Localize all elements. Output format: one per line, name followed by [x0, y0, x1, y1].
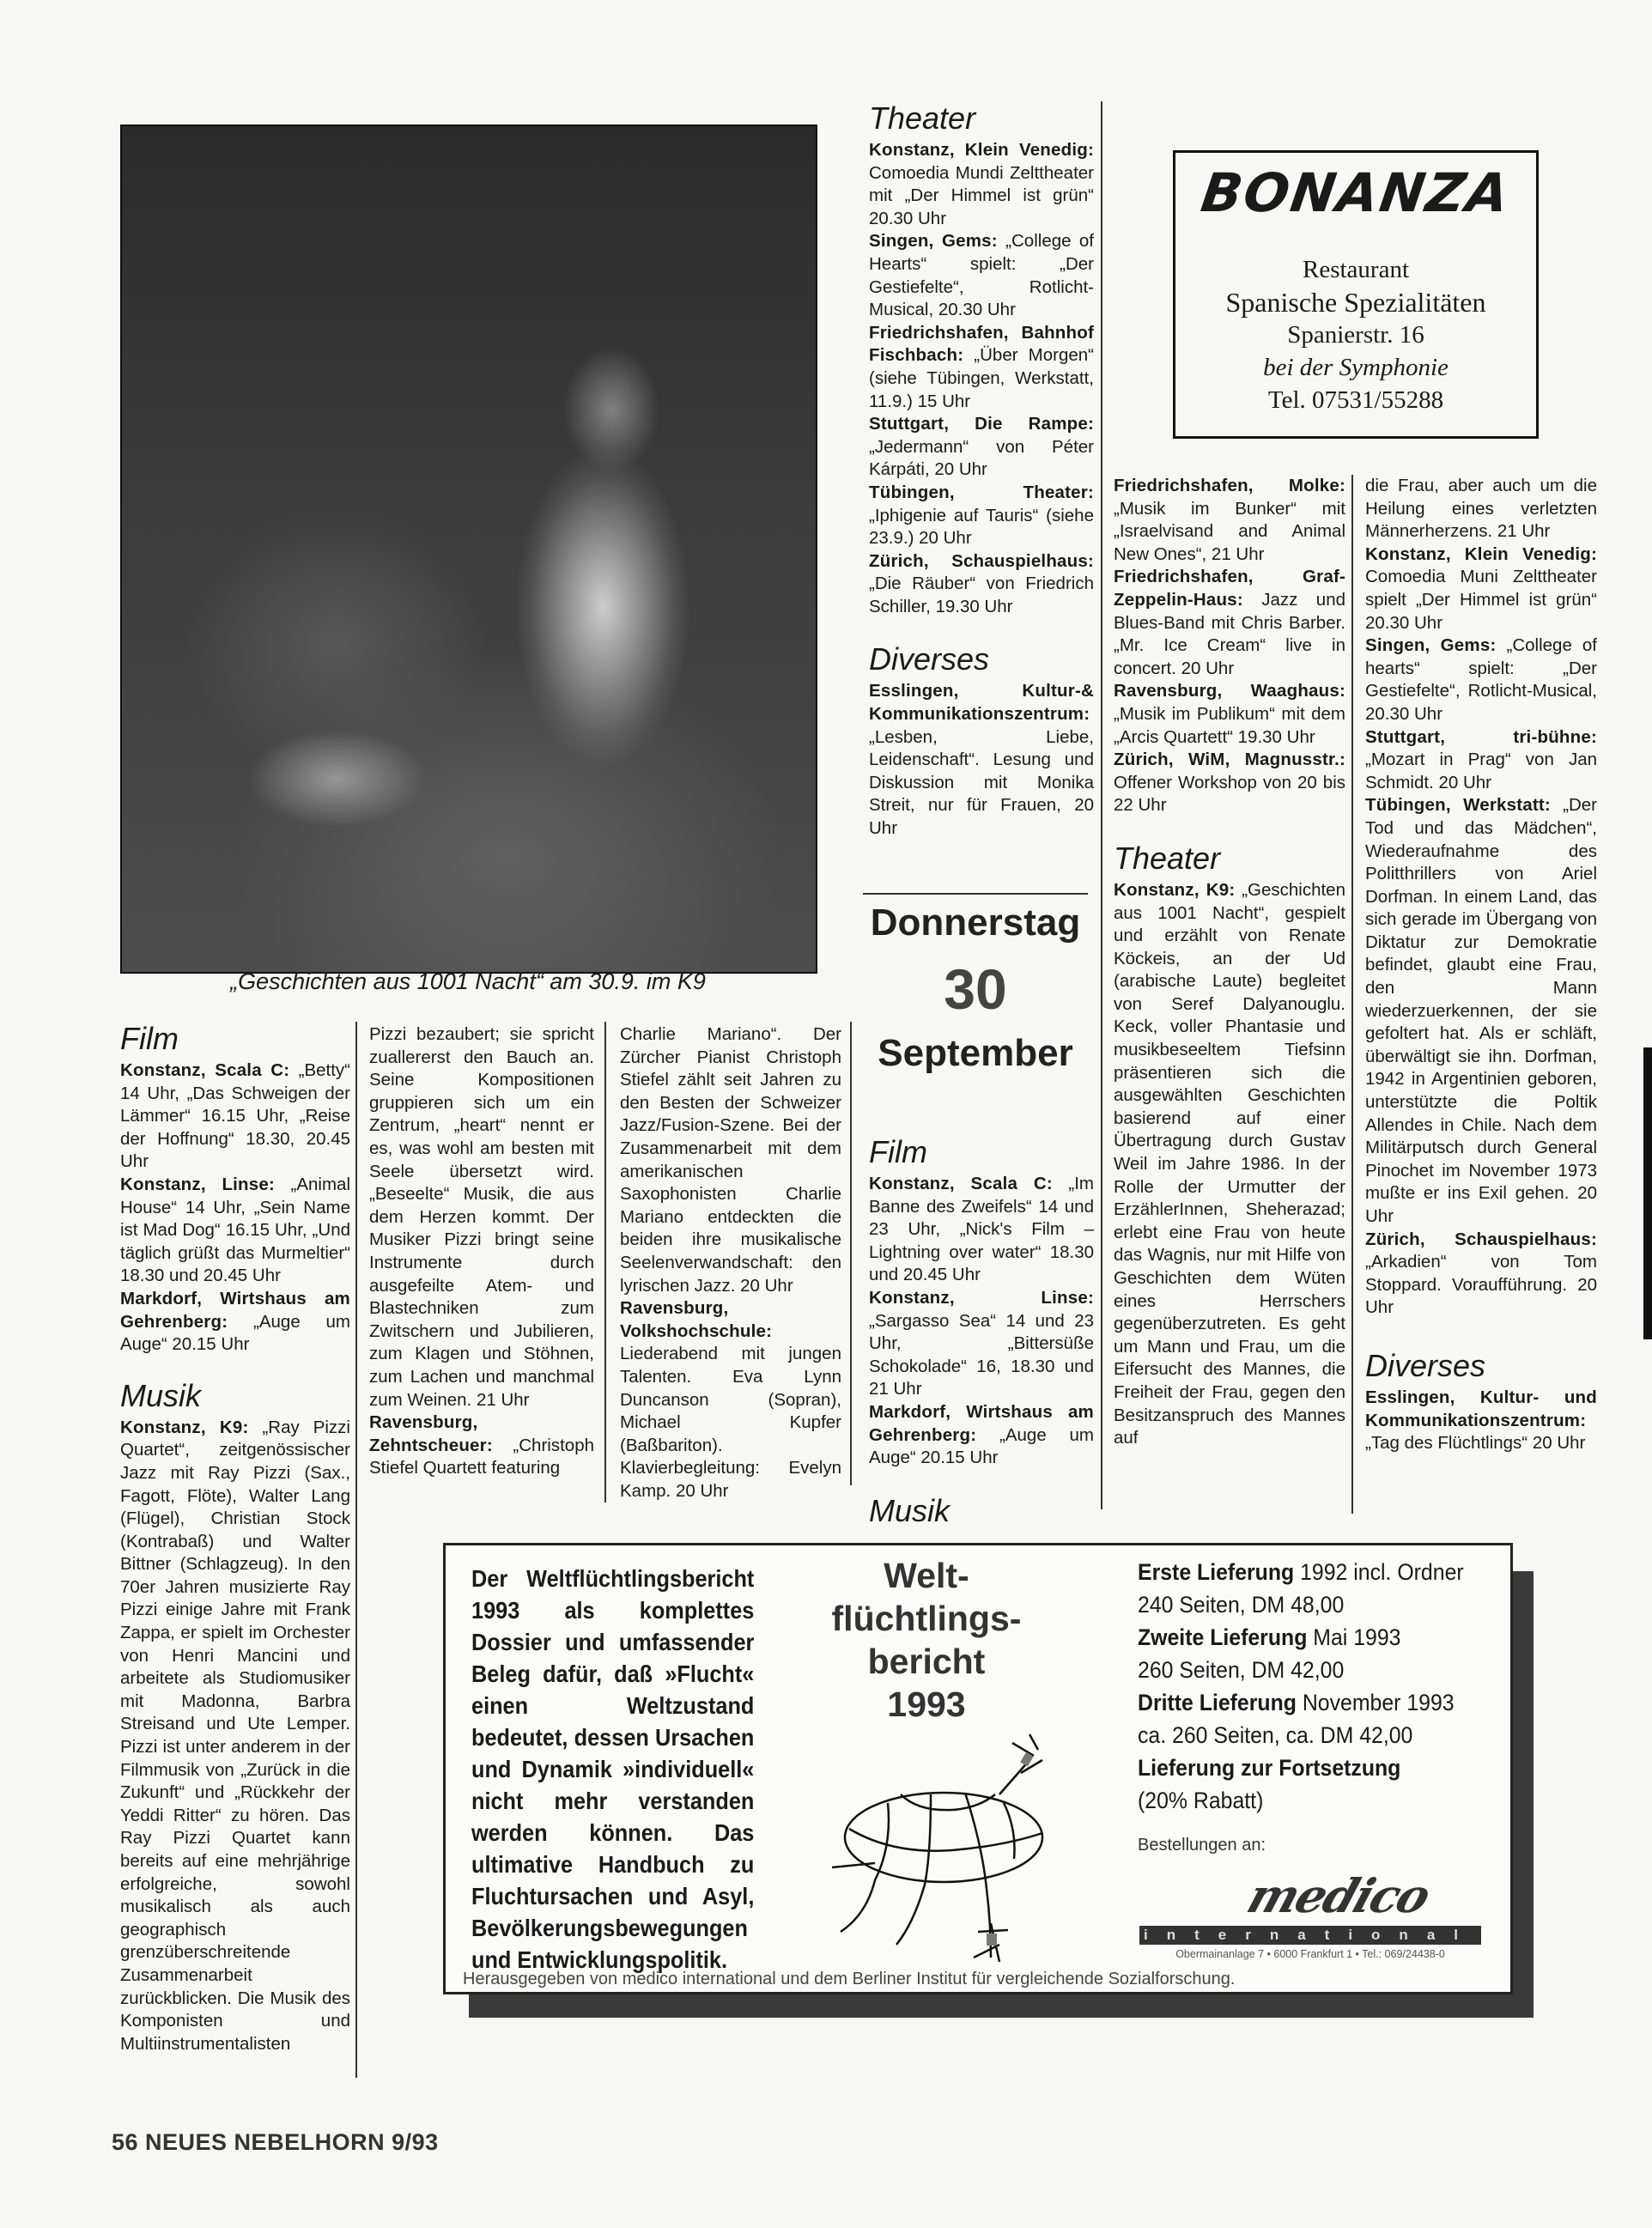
listing-entry: Konstanz, K9: „Ray Pizzi Quartet“, zeitg… [120, 1417, 350, 2056]
column-3: Charlie Mariano“. Der Zürcher Pianist Ch… [620, 1023, 841, 1503]
delivery-1: Erste Lieferung 1992 incl. Ordner [1138, 1556, 1469, 1588]
event-photo [120, 124, 817, 974]
ad-publisher-note: Herausgegeben von medico international u… [463, 1970, 1493, 1989]
bonanza-advertisement: BONANZA Restaurant Spanische Spezialität… [1173, 150, 1539, 439]
bonanza-cuisine: Spanische Spezialitäten [1175, 286, 1536, 319]
listing-entry: Tübingen, Werkstatt: „Der Tod und das Mä… [1365, 794, 1597, 1228]
section-film: Film [869, 1135, 1094, 1169]
listing-entry: Konstanz, Klein Venedig: Comoedia Muni Z… [1365, 543, 1597, 634]
photo-caption: „Geschichten aus 1001 Nacht“ am 30.9. im… [120, 968, 816, 995]
ad-title: Welt- flüchtlings- bericht 1993 [806, 1554, 1047, 1726]
listing-text: Pizzi bezaubert; sie spricht zuallererst… [369, 1023, 594, 1411]
page-footer: 56 NEUES NEBELHORN 9/93 [112, 2129, 439, 2156]
medico-logo: medico [1184, 1868, 1494, 1923]
column-5: Friedrichshafen, Molke: „Musik im Bunker… [1114, 475, 1345, 1450]
column-divider [850, 1022, 852, 1485]
column-4: Theater Konstanz, Klein Venedig: Comoedi… [869, 101, 1094, 841]
section-musik: Musik [869, 1494, 1094, 1528]
bonanza-logo: BONANZA [1171, 161, 1540, 224]
listing-entry: Konstanz, Klein Venedig: Comoedia Mundi … [869, 139, 1094, 230]
listing-entry: Markdorf, Wirtshaus am Gehrenberg: „Auge… [120, 1288, 350, 1357]
listing-entry: Markdorf, Wirtshaus am Gehrenberg: „Auge… [869, 1401, 1094, 1470]
ad-delivery-list: Erste Lieferung 1992 incl. Ordner 240 Se… [1138, 1556, 1469, 1817]
medico-international-bar: international [1139, 1926, 1481, 1945]
listing-entry: Singen, Gems: „College of hearts“ spielt… [1365, 634, 1597, 725]
delivery-2: Zweite Lieferung Mai 1993 [1138, 1621, 1469, 1654]
listing-entry: Esslingen, Kultur-& Kommunikationszentru… [869, 680, 1094, 840]
date-heading: Donnerstag 30 September [863, 893, 1088, 1075]
column-6: die Frau, aber auch um die Heilung eines… [1365, 475, 1597, 1455]
column-2: Pizzi bezaubert; sie spricht zuallererst… [369, 1023, 594, 1480]
listing-entry: Ravensburg, Zehntscheuer: „Christoph Sti… [369, 1411, 594, 1480]
listing-entry: Ravensburg, Waaghaus: „Musik im Publikum… [1114, 680, 1345, 749]
bonanza-phone: Tel. 07531/55288 [1175, 384, 1536, 416]
listing-entry: Konstanz, Linse: „Animal House“ 14 Uhr, … [120, 1174, 350, 1288]
date-month: September [863, 1032, 1088, 1075]
listing-entry: Friedrichshafen, Graf-Zeppelin-Haus: Jaz… [1114, 566, 1345, 680]
delivery-1-detail: 240 Seiten, DM 48,00 [1138, 1588, 1469, 1621]
listing-text: Charlie Mariano“. Der Zürcher Pianist Ch… [620, 1023, 841, 1297]
listing-entry: Esslingen, Kultur- und Kommunikationszen… [1365, 1387, 1597, 1455]
listing-entry: Zürich, WiM, Magnusstr.: Offener Worksho… [1114, 749, 1345, 817]
ad-description: Der Weltflüchtlingsbericht 1993 als komp… [471, 1563, 754, 1976]
listing-text: die Frau, aber auch um die Heilung eines… [1365, 475, 1597, 543]
column-divider [1101, 101, 1102, 1509]
listing-entry: Stuttgart, tri-bühne: „Mozart in Prag“ v… [1365, 726, 1597, 795]
column-divider [1351, 475, 1353, 1514]
delivery-4: Lieferung zur Fortsetzung [1138, 1751, 1469, 1784]
refugee-report-advertisement: Der Weltflüchtlingsbericht 1993 als komp… [443, 1543, 1513, 1994]
section-theater: Theater [1114, 841, 1345, 876]
listing-entry: Konstanz, Linse: „Sargasso Sea“ 14 und 2… [869, 1287, 1094, 1401]
listing-entry: Tübingen, Theater: „Iphigenie auf Tauris… [869, 482, 1094, 550]
section-film: Film [120, 1022, 350, 1056]
listing-entry: Friedrichshafen, Bahnhof Fischbach: „Übe… [869, 322, 1094, 413]
globe-icon [823, 1709, 1064, 1966]
section-diverses: Diverses [1365, 1349, 1597, 1383]
section-diverses: Diverses [869, 642, 1094, 677]
bonanza-location: bei der Symphonie [1175, 351, 1536, 384]
orders-label: Bestellungen an: [1138, 1836, 1266, 1855]
bonanza-address: Spanierstr. 16 [1175, 319, 1536, 351]
delivery-3: Dritte Lieferung November 1993 [1138, 1686, 1469, 1719]
column-1: Film Konstanz, Scala C: „Betty“ 14 Uhr, … [120, 1022, 350, 2055]
listing-entry: Zürich, Schauspielhaus: „Die Räuber“ von… [869, 550, 1094, 619]
listing-entry: Ravensburg, Volkshochschule: Liederabend… [620, 1297, 841, 1503]
column-divider [355, 1022, 357, 2078]
listing-entry: Zürich, Schauspielhaus: „Arkadien“ von T… [1365, 1229, 1597, 1320]
date-day-number: 30 [863, 956, 1088, 1022]
delivery-2-detail: 260 Seiten, DM 42,00 [1138, 1654, 1469, 1686]
date-weekday: Donnerstag [863, 902, 1088, 944]
column-divider [604, 1022, 606, 1503]
listing-entry: Konstanz, Scala C: „Betty“ 14 Uhr, „Das … [120, 1059, 350, 1174]
listing-entry: Stuttgart, Die Rampe: „Jedermann“ von Pé… [869, 413, 1094, 482]
section-musik: Musik [120, 1379, 350, 1413]
delivery-4-detail: (20% Rabatt) [1138, 1784, 1469, 1817]
bonanza-type: Restaurant [1175, 253, 1536, 286]
section-theater: Theater [869, 101, 1094, 136]
medico-address: Obermainanlage 7 • 6000 Frankfurt 1 • Te… [1139, 1948, 1481, 1960]
listing-entry: Konstanz, K9: „Geschichten aus 1001 Nach… [1114, 879, 1345, 1450]
delivery-3-detail: ca. 260 Seiten, ca. DM 42,00 [1138, 1719, 1469, 1751]
listing-entry: Konstanz, Scala C: „Im Banne des Zweifel… [869, 1173, 1094, 1287]
column-4-lower: Film Konstanz, Scala C: „Im Banne des Zw… [869, 1135, 1094, 1532]
listing-entry: Singen, Gems: „College of Hearts“ spielt… [869, 230, 1094, 321]
listing-entry: Friedrichshafen, Molke: „Musik im Bunker… [1114, 475, 1345, 566]
page-edge-mark [1643, 1047, 1652, 1339]
